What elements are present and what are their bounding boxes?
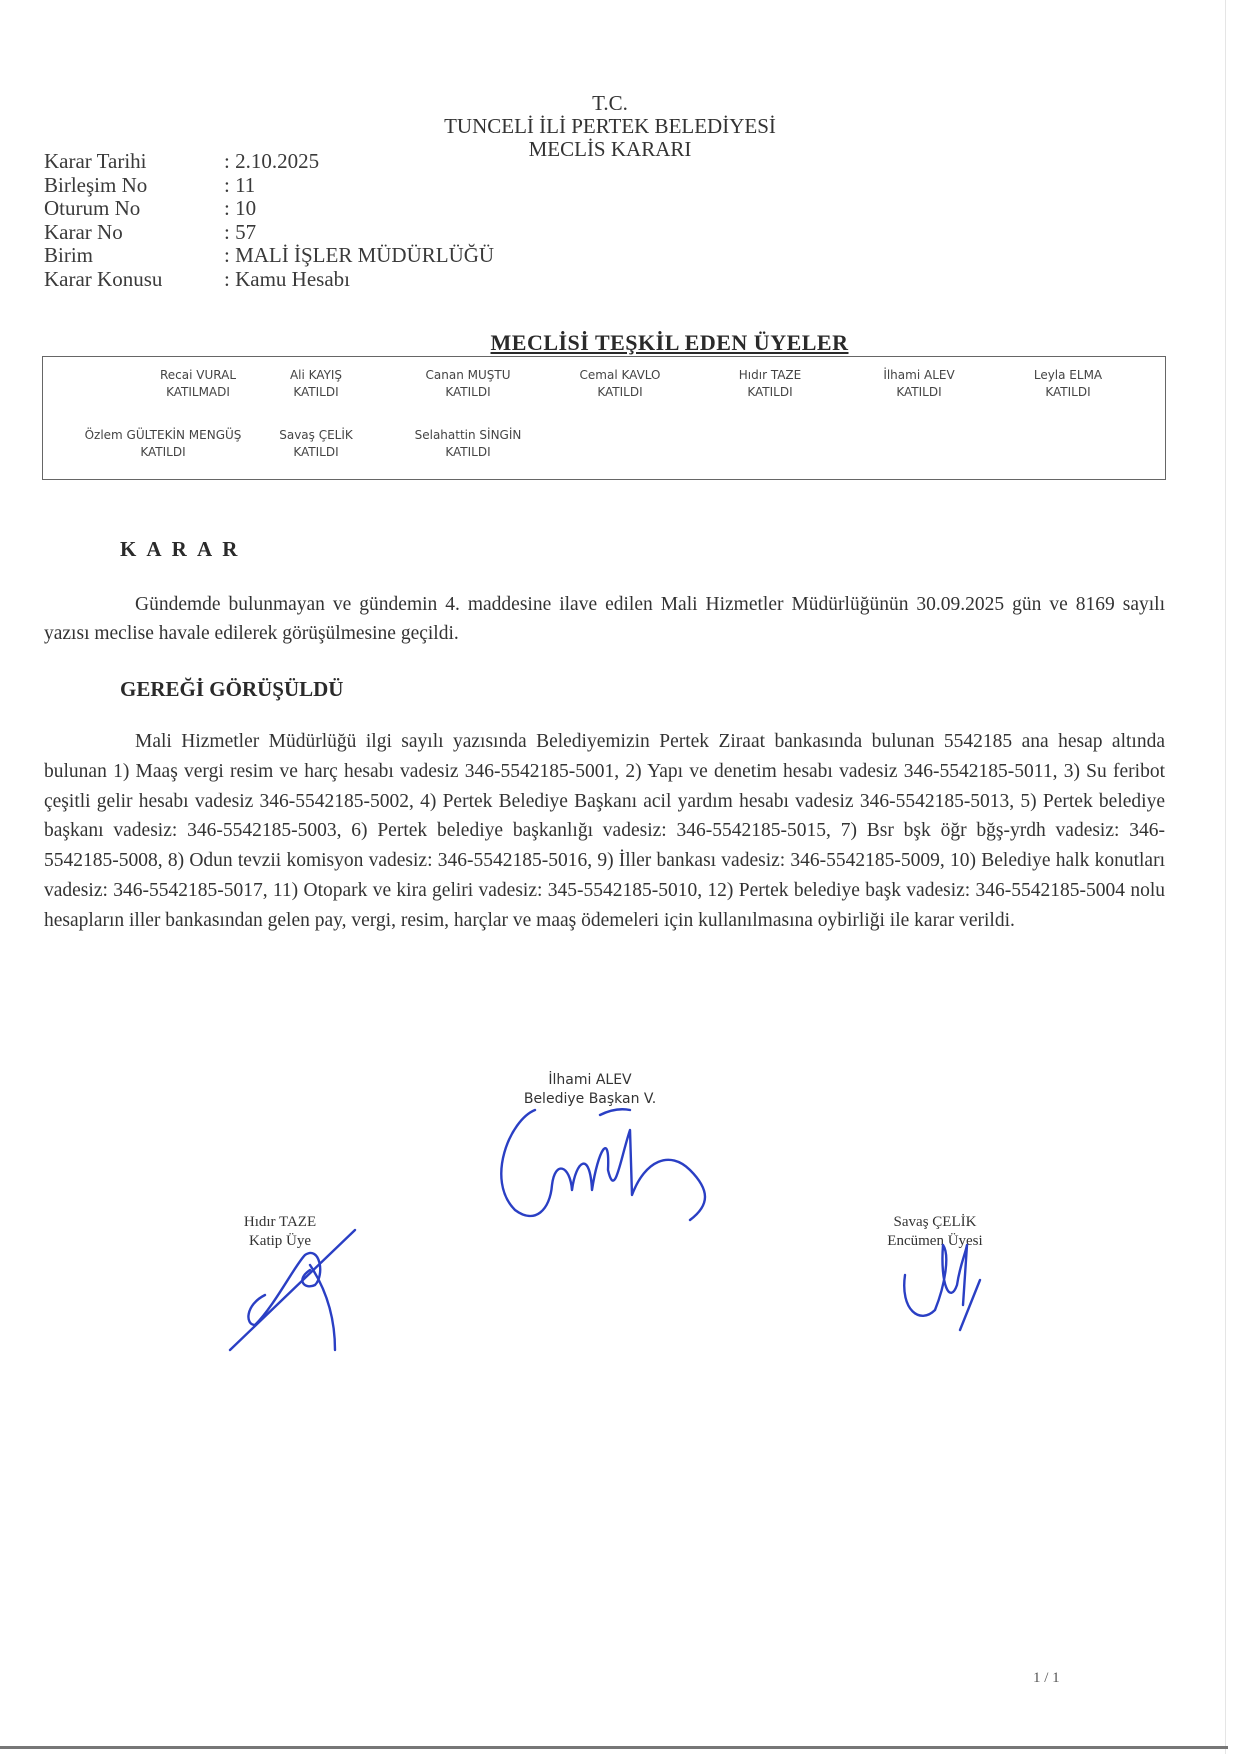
- decision-paragraph-text: Gündemde bulunmayan ve gündemin 4. madde…: [44, 594, 1165, 644]
- meta-value: : 57: [224, 221, 256, 245]
- meta-label: Karar Tarihi: [44, 150, 224, 174]
- meta-label: Birleşim No: [44, 174, 224, 198]
- member-entry: Leyla ELMAKATILDI: [973, 367, 1163, 401]
- meta-value: : 11: [224, 174, 255, 198]
- meta-row: Karar No: 57: [44, 221, 494, 245]
- decision-paragraph: Gündemde bulunmayan ve gündemin 4. madde…: [44, 590, 1165, 648]
- meta-label: Oturum No: [44, 197, 224, 221]
- member-status: KATILDI: [973, 384, 1163, 401]
- meta-value: : Kamu Hesabı: [224, 268, 350, 292]
- meta-value: : 10: [224, 197, 256, 221]
- meta-value: : MALİ İŞLER MÜDÜRLÜĞÜ: [224, 244, 494, 268]
- discussed-title: GEREĞİ GÖRÜŞÜLDÜ: [120, 677, 343, 702]
- meta-label: Karar Konusu: [44, 268, 224, 292]
- meta-label: Karar No: [44, 221, 224, 245]
- header-line-1: T.C.: [360, 92, 860, 115]
- meta-row: Karar Konusu: Kamu Hesabı: [44, 268, 494, 292]
- header-line-2: TUNCELİ İLİ PERTEK BELEDİYESİ: [360, 115, 860, 138]
- member-status: KATILDI: [373, 444, 563, 461]
- page-number: 1 / 1: [1033, 1670, 1060, 1687]
- signature-mayor-icon: [480, 1090, 740, 1220]
- signature-clerk-icon: [225, 1225, 355, 1355]
- meta-value: : 2.10.2025: [224, 150, 319, 174]
- member-name: Selahattin SİNGİN: [373, 427, 563, 444]
- members-title: MECLİSİ TEŞKİL EDEN ÜYELER: [0, 330, 1239, 356]
- decision-metadata: Karar Tarihi: 2.10.2025 Birleşim No: 11 …: [44, 150, 494, 291]
- meta-row: Birleşim No: 11: [44, 174, 494, 198]
- meta-row: Oturum No: 10: [44, 197, 494, 221]
- meta-label: Birim: [44, 244, 224, 268]
- decision-body: Mali Hizmetler Müdürlüğü ilgi sayılı yaz…: [44, 727, 1165, 936]
- decision-body-text: Mali Hizmetler Müdürlüğü ilgi sayılı yaz…: [44, 731, 1165, 931]
- signature-committee-icon: [895, 1225, 985, 1335]
- member-entry: Selahattin SİNGİNKATILDI: [373, 427, 563, 461]
- signer-name: İlhami ALEV: [520, 1071, 660, 1090]
- member-name: Leyla ELMA: [973, 367, 1163, 384]
- page-edge: [1225, 0, 1226, 1754]
- meta-row: Karar Tarihi: 2.10.2025: [44, 150, 494, 174]
- members-box: Recai VURALKATILMADI Ali KAYIŞKATILDI Ca…: [42, 356, 1166, 480]
- decision-title: K A R A R: [120, 537, 240, 562]
- meta-row: Birim: MALİ İŞLER MÜDÜRLÜĞÜ: [44, 244, 494, 268]
- bottom-rule: [0, 1746, 1228, 1749]
